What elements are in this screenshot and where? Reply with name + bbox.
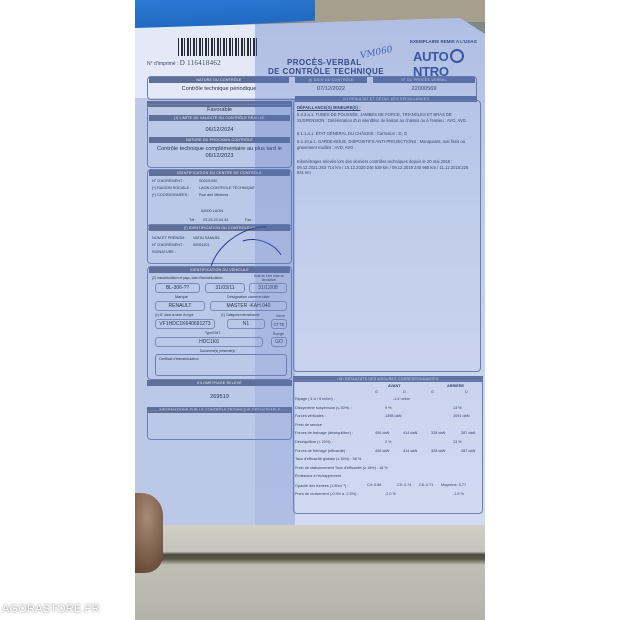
autocontrol-logo: AUTONTRO bbox=[413, 49, 485, 79]
document-title: PROCÈS-VERBAL bbox=[287, 58, 362, 67]
serie-value: VF1HDC1K640691273 bbox=[155, 319, 215, 329]
mesure-value: 406 daN bbox=[375, 449, 389, 453]
marque-label: Marque bbox=[175, 295, 188, 299]
handwritten-note: VM060 bbox=[359, 45, 393, 62]
tel-label: Tél : bbox=[189, 218, 196, 222]
mesure-value: 414 daN bbox=[403, 449, 417, 453]
sub-g: G bbox=[375, 390, 378, 394]
mesure-label: Dissymétrie suspension (≤ 30%) : bbox=[295, 406, 352, 410]
date-value: 07/12/2022 bbox=[295, 86, 367, 92]
categorie-label: (1) Catégorie internationale bbox=[221, 313, 260, 317]
raison-label: (*) RAISON SOCIALE : bbox=[152, 186, 191, 190]
marque-value: RENAULT bbox=[155, 301, 205, 311]
mesure-label: Forces de freinage (efficacité) : bbox=[295, 449, 347, 453]
imprime-number: N° d'imprimé : D 116418462 bbox=[147, 59, 221, 67]
defect-item: 5.3.3.a.1. TUBES DE POUSSÉE, JAMBES DE F… bbox=[297, 112, 472, 123]
mesure-label: Forces de freinage (déséquilibre) : bbox=[295, 431, 353, 435]
centre-city: 02000 LAON bbox=[201, 209, 223, 213]
pv-label: N° DU PROCÈS-VERBAL bbox=[373, 77, 475, 83]
controleur-agrement-label: N° D'AGRÉMENT : bbox=[152, 243, 184, 247]
mesure-value: 9 % bbox=[385, 406, 392, 410]
document-subtitle: DE CONTRÔLE TECHNIQUE bbox=[268, 67, 384, 76]
serie-label: (c) N° dans la série du type bbox=[155, 313, 193, 317]
mesure-value: C5: 0.74 bbox=[397, 483, 411, 487]
mesure-label: Frein de stationnement Taux d'efficacité… bbox=[295, 466, 388, 470]
defect-item: 6.1.1.a.1. ÉTAT GÉNÉRAL DU CHÂSSIS : Cor… bbox=[297, 131, 472, 137]
sub-d: D bbox=[403, 390, 406, 394]
energie-label: Énergie bbox=[273, 332, 284, 336]
mesure-value: 287 daN bbox=[461, 431, 475, 435]
mesure-value: 1091 daN bbox=[453, 414, 469, 418]
imprime-value: D 116418462 bbox=[180, 59, 221, 67]
mesure-value: -2.0 % bbox=[385, 492, 396, 496]
next-value: Contrôle technique complémentaire au plu… bbox=[153, 146, 286, 160]
mesure-value: -1.5 % bbox=[453, 492, 464, 496]
designation-value: MASTER -KAH 040 bbox=[210, 301, 287, 311]
km-header: KILOMÉTRAGE RELEVÉ bbox=[147, 380, 292, 386]
mesure-value: 328 daN bbox=[431, 431, 445, 435]
coord-label: (*) COORDONNÉES : bbox=[152, 193, 189, 197]
mesure-label: Forces verticales : bbox=[295, 414, 326, 418]
mesure-value: -1.4 m/km bbox=[393, 397, 410, 401]
type-label: Type/CNIT bbox=[205, 331, 220, 335]
energie-value: GO bbox=[271, 337, 287, 347]
sub-d: D bbox=[465, 390, 468, 394]
mesure-label: Pneu de croisement (-0.3% à -2.5%) : bbox=[295, 492, 359, 496]
sub-g: G bbox=[431, 390, 434, 394]
fax-label: Fax : bbox=[245, 218, 253, 222]
result-value: Favorable bbox=[147, 107, 292, 113]
defect-item: 6.2.10.a.1. GARDE-BOUE, DISPOSITIFS ANTI… bbox=[297, 139, 472, 150]
mesure-value: 287 daN bbox=[461, 449, 475, 453]
mesure-label: Déséquilibre (< 20%) : bbox=[295, 440, 333, 444]
mesure-value: 328 daN bbox=[431, 449, 445, 453]
mesure-value: 414 daN bbox=[403, 431, 417, 435]
document-photo: N° d'imprimé : D 116418462 PROCÈS-VERBAL… bbox=[135, 0, 485, 620]
signature-label: SIGNATURE : bbox=[152, 250, 176, 254]
defects-title: DÉFAILLANCE(S) MINEURE(S) : bbox=[297, 105, 361, 111]
km-history: Kilométrages relevés lors des derniers c… bbox=[297, 159, 472, 176]
designation-label: Désignation commerciale bbox=[227, 295, 270, 299]
immat-date: 31/03/11 bbox=[205, 283, 245, 293]
mesure-value: C4: 0.66 bbox=[367, 483, 381, 487]
mesure-value: 13 % bbox=[453, 406, 462, 410]
mesure-value: 1398 daN bbox=[385, 414, 401, 418]
limit-label: (I) LIMITE DE VALIDITÉ DU CONTRÔLE RÉALI… bbox=[149, 115, 290, 121]
mesure-value: 2 % bbox=[385, 440, 392, 444]
mesure-label: Ripage ( 4 à +5 m/km) : bbox=[295, 397, 335, 401]
next-label: NATURE DU PROCHAIN CONTRÔLE bbox=[149, 137, 290, 143]
mesure-value: 406 daN bbox=[375, 431, 389, 435]
immat-value: BL-306-?? bbox=[155, 283, 200, 293]
mesure-label: Opacité des fumées (1.50m⁻¹) : bbox=[295, 483, 348, 488]
km-value: 269519 bbox=[147, 394, 292, 400]
date-label: (I) DATE DU CONTRÔLE bbox=[295, 77, 367, 83]
nom-value: VATIN SAMUEL bbox=[193, 236, 220, 240]
info-defavorable-box bbox=[147, 410, 292, 440]
genre-value: CTTE bbox=[271, 319, 287, 329]
centre-agrement-value: S00201I50 bbox=[199, 179, 217, 183]
nom-label: NOM ET PRÉNOM : bbox=[152, 236, 187, 240]
vehicule-header: IDENTIFICATION DU VÉHICULE bbox=[149, 267, 290, 273]
circ-value: 31/12/08 bbox=[249, 283, 287, 293]
docs-label: Document(s) présenté(s) bbox=[200, 349, 235, 353]
barcode bbox=[178, 38, 258, 56]
col-arriere: ARRIÈRE bbox=[447, 384, 464, 388]
immat-label: (Z) Immatriculation et pays, date d'imma… bbox=[152, 276, 222, 280]
watermark: AGORASTORE.FR bbox=[2, 603, 100, 615]
nature-label: NATURE DU CONTRÔLE bbox=[149, 77, 289, 83]
stone-ledge bbox=[135, 525, 485, 620]
exemplaire-label: EXEMPLAIRE REMIS A L'USAG bbox=[410, 39, 477, 44]
mesure-value: Moyenne: 0.77 bbox=[441, 483, 466, 487]
type-value: HDC1K6 bbox=[155, 337, 263, 347]
centre-agrement-label: N° D'AGRÉMENT : bbox=[152, 179, 184, 183]
categorie-value: N1 bbox=[227, 319, 265, 329]
tel-value: 03.23.23.04.44 bbox=[203, 218, 228, 222]
controleur-agrement-value: 00051101 bbox=[193, 243, 210, 247]
mesure-label: Frein de service bbox=[295, 423, 322, 427]
coord-value: Rue des Minimes bbox=[199, 193, 228, 197]
mesure-value: 13 % bbox=[453, 440, 462, 444]
limit-value: 06/12/2024 bbox=[147, 127, 292, 133]
genre-label: Genre bbox=[276, 314, 285, 318]
raison-value: LAON CONTROLE TECHNIQUE bbox=[199, 186, 255, 190]
docs-value: Certificat d'immatriculation bbox=[159, 357, 199, 361]
mesure-label: Taux d'efficacité globale (≥ 50%) : 58 % bbox=[295, 457, 361, 461]
mesure-value: C6: 0.71 bbox=[419, 483, 433, 487]
finger bbox=[135, 493, 163, 573]
centre-header: IDENTIFICATION DU CENTRE DE CONTRÔLE bbox=[149, 170, 290, 176]
proces-verbal-sheet: N° d'imprimé : D 116418462 PROCÈS-VERBAL… bbox=[135, 18, 485, 532]
logo-circle-icon bbox=[450, 49, 464, 63]
mesure-label: Émissions à l'échappement bbox=[295, 474, 341, 478]
circ-label: Date de 1ère mise en circulation bbox=[253, 274, 285, 282]
col-avant: AVANT bbox=[388, 384, 401, 388]
nature-value: Contrôle technique périodique bbox=[149, 86, 289, 92]
pv-value: 22000569 bbox=[373, 86, 475, 92]
